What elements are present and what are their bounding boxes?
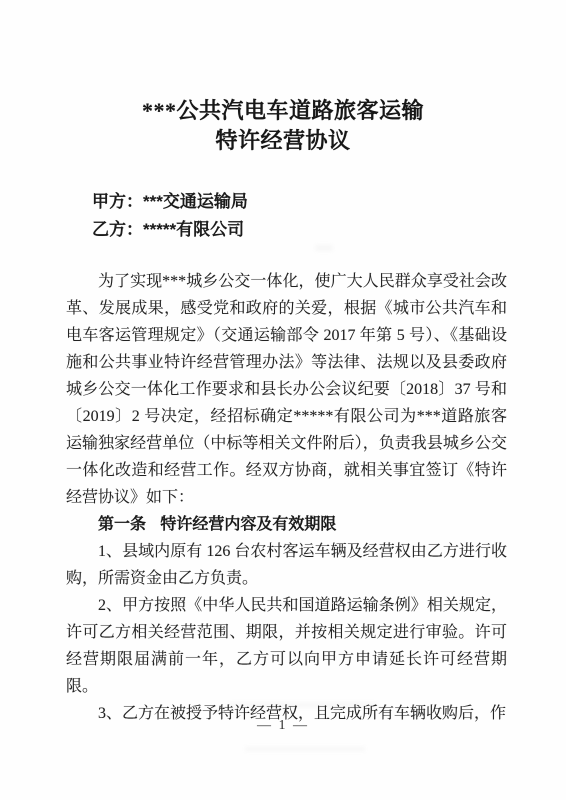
clause-2: 2、甲方按照《中华人民共和国道路运输条例》相关规定，许可乙方相关经营范围、期限，… xyxy=(66,592,507,700)
party-b-line: 乙方：*****有限公司 xyxy=(92,216,248,244)
party-block: 甲方：***交通运输局 乙方：*****有限公司 xyxy=(92,188,248,244)
section-title: 特许经营内容及有效期限 xyxy=(160,516,336,533)
section-1-heading: 第一条特许经营内容及有效期限 xyxy=(66,511,507,538)
document-title: ***公共汽电车道路旅客运输 特许经营协议 xyxy=(0,96,566,156)
scan-artifact xyxy=(315,245,333,251)
document-page: ***公共汽电车道路旅客运输 特许经营协议 甲方：***交通运输局 乙方：***… xyxy=(0,0,566,800)
page-number: — 1 — xyxy=(0,718,566,734)
title-line-1: ***公共汽电车道路旅客运输 xyxy=(0,96,566,126)
scan-artifact xyxy=(228,703,378,707)
document-body: 为了实现***城乡公交一体化，使广大人民群众享受社会改革、发展成果，感受党和政府… xyxy=(66,268,507,727)
title-line-2: 特许经营协议 xyxy=(0,126,566,156)
section-number: 第一条 xyxy=(98,516,146,533)
clause-1: 1、县域内原有 126 台农村客运车辆及经营权由乙方进行收购，所需资金由乙方负责… xyxy=(66,538,507,592)
scan-artifact xyxy=(245,747,365,751)
intro-paragraph: 为了实现***城乡公交一体化，使广大人民群众享受社会改革、发展成果，感受党和政府… xyxy=(66,268,507,511)
party-a-line: 甲方：***交通运输局 xyxy=(92,188,248,216)
